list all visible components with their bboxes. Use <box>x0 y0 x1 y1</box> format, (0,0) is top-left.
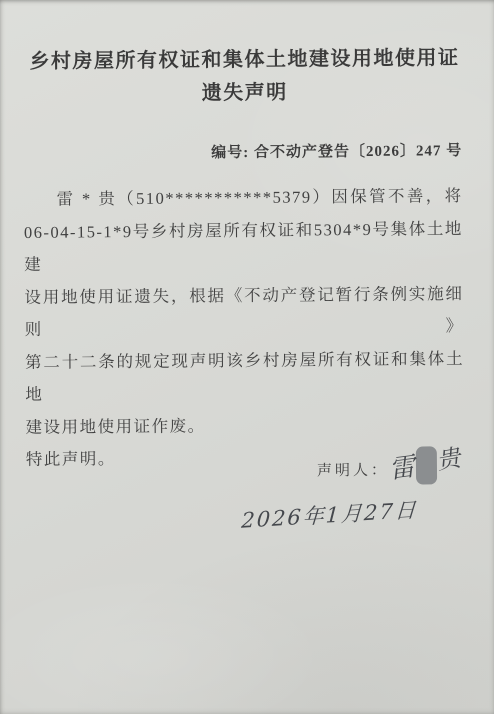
signature-label: 声明人： <box>317 459 389 488</box>
redaction-box <box>416 446 437 484</box>
handwritten-signature-first-char: 雷 <box>386 446 417 486</box>
body-line: 设用地使用证遗失，根据《不动产登记暂行条例实施细则》 <box>24 278 464 347</box>
body-line: 06-04-15-1*9号乡村房屋所有权证和5304*9号集体土地建 <box>24 213 464 282</box>
document-number: 编号: 合不动产登告〔2026〕247 号 <box>0 139 492 164</box>
title-line-2: 遗失声明 <box>0 75 492 112</box>
body-line: 雷 * 贵（510***********5379）因保管不善，将 <box>23 180 462 216</box>
handwritten-date: 2026年1月27日 <box>241 494 419 535</box>
title-line-1: 乡村房屋所有权证和集体土地建设用地使用证 <box>0 42 492 79</box>
declaration-body: 雷 * 贵（510***********5379）因保管不善，将 06-04-1… <box>0 180 494 477</box>
signature-row: 声明人： 雷 贵 <box>317 446 462 487</box>
body-line: 建设用地使用证作废。 <box>25 408 464 444</box>
body-line: 第二十二条的规定现声明该乡村房屋所有权证和集体土地 <box>25 343 465 412</box>
document-sheet: 乡村房屋所有权证和集体土地建设用地使用证 遗失声明 编号: 合不动产登告〔202… <box>0 0 494 714</box>
document-title: 乡村房屋所有权证和集体土地建设用地使用证 遗失声明 <box>0 42 492 112</box>
